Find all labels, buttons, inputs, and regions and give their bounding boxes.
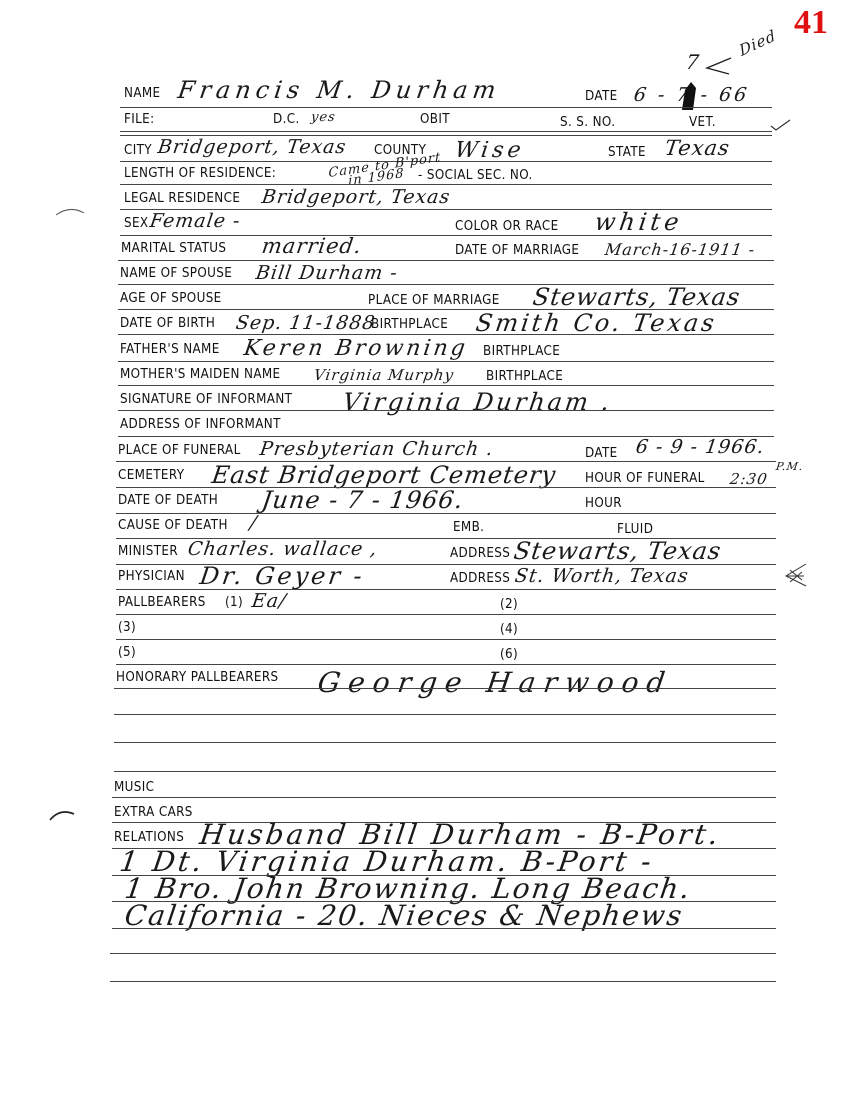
pallbearer-slot-2: (2) [500,597,518,612]
obit-label: OBIT [420,112,450,127]
sex-label: SEX [124,216,148,231]
city-label: CITY [124,143,152,158]
length-residence-label: LENGTH OF RESIDENCE: [124,166,276,181]
state-label: STATE [608,145,646,160]
pallbearers-label: PALLBEARERS [118,595,206,610]
minister-address-value: Stewarts, Texas [512,537,723,565]
rule-file [120,131,772,132]
rule-honorary-3 [114,742,776,743]
death-hour-label: HOUR [585,496,622,511]
page-number: 41 [794,4,828,42]
race-value: white [593,208,684,236]
rule-relations-6 [110,981,776,982]
margin-curve-icon [46,808,80,824]
extra-cars-label: EXTRA CARS [114,805,193,820]
margin-mark-icon [54,205,88,219]
date-of-marriage-label: DATE OF MARRIAGE [455,243,579,258]
spouse-name-value: Bill Durham - [254,262,399,284]
mother-birthplace-label: BIRTHPLACE [486,369,563,384]
marital-status-label: MARITAL STATUS [121,241,226,256]
rule-pallbearers-3 [116,664,776,665]
name-label: NAME [124,86,160,101]
birthplace-label: BIRTHPLACE [371,317,448,332]
rule-name [120,107,772,108]
cause-of-death-label: CAUSE OF DEATH [118,518,228,533]
rule-mother [118,385,774,386]
minister-address-label: ADDRESS [450,546,510,561]
rule-honorary-2 [114,714,776,715]
name-value: Francis M. Durham [176,76,502,104]
spouse-age-label: AGE OF SPOUSE [120,291,222,306]
rule-informant [118,410,774,411]
funeral-hour-suffix: P.M. [775,460,804,473]
informant-address-label: ADDRESS OF INFORMANT [120,417,281,432]
funeral-date-value: 6 - 9 - 1966. [634,436,766,458]
birthplace-value: Smith Co. Texas [474,309,719,337]
cemetery-label: CEMETERY [118,468,184,483]
rule-sex [120,235,772,236]
rule-physician [116,589,776,590]
rule-relations-4 [112,928,776,929]
ssn-label: - SOCIAL SEC. NO. [418,168,533,183]
arrow-icon [703,56,733,78]
checkmark-icon [770,118,792,132]
rule-honorary-4 [114,771,776,772]
state-value: Texas [663,136,731,160]
rule-pallbearers-1 [116,614,776,615]
honorary-pallbearers-value: George Harwood [316,666,675,699]
music-label: MUSIC [114,780,154,795]
informant-signature-value: Virginia Durham . [341,388,614,416]
pallbearer-slot-6: (6) [500,647,518,662]
funeral-place-label: PLACE OF FUNERAL [118,443,241,458]
date-correction: 7 [684,50,701,74]
city-value: Bridgeport, Texas [156,136,347,158]
mother-maiden-name-value: Virginia Murphy [313,366,456,384]
rule-father [118,361,774,362]
rule-length [120,184,772,185]
dob-label: DATE OF BIRTH [120,316,215,331]
pallbearer-slot-1: (1) [225,595,243,610]
minister-value: Charles. wallace , [186,538,378,560]
funeral-date-label: DATE [585,446,618,461]
emb-label: EMB. [453,520,484,535]
pallbearer-slot-4: (4) [500,622,518,637]
cause-of-death-value: / [248,512,258,534]
mother-maiden-name-label: MOTHER'S MAIDEN NAME [120,367,280,382]
funeral-hour-label: HOUR OF FUNERAL [585,471,705,486]
rule-honorary-1 [114,688,776,689]
dob-value: Sep. 11-1888 [234,312,377,334]
rule-pallbearers-2 [116,639,776,640]
physician-label: PHYSICIAN [118,569,185,584]
rule-dob [118,334,774,335]
file-label: FILE: [124,112,155,127]
rule-relations-5 [110,953,776,954]
dc-label: D.C. [273,112,300,127]
pallbearer-slot-5: (5) [118,645,136,660]
spouse-name-label: NAME OF SPOUSE [120,266,232,281]
rule-music [112,797,776,798]
date-of-death-label: DATE OF DEATH [118,493,218,508]
date-of-marriage-value: March-16-1911 - [604,240,757,259]
funeral-hour-value: 2:30 [729,470,769,488]
date-of-death-value: June - 7 - 1966. [260,486,465,514]
rule-city [120,161,772,162]
ssno-label: S. S. NO. [560,115,615,130]
legal-residence-value: Bridgeport, Texas [260,186,451,208]
physician-value: Dr. Geyer - [198,562,367,590]
marital-status-value: married. [260,234,363,258]
place-of-marriage-label: PLACE OF MARRIAGE [368,293,500,308]
father-name-label: FATHER'S NAME [120,342,220,357]
relations-label: RELATIONS [114,830,184,845]
funeral-place-value: Presbyterian Church . [258,438,495,460]
physician-address-value: St. Worth, Texas [513,565,690,587]
minister-label: MINISTER [118,544,178,559]
county-value: Wise [453,138,526,163]
place-of-marriage-value: Stewarts, Texas [531,283,742,311]
died-annotation: Died [737,26,778,60]
date-label: DATE [585,89,618,104]
sex-value: Female - [148,210,242,232]
race-label: COLOR OR RACE [455,219,559,234]
rule-dod [116,513,776,514]
legal-residence-label: LEGAL RESIDENCE [124,191,240,206]
cemetery-value: East Bridgeport Cemetery [210,461,558,489]
physician-address-label: ADDRESS [450,571,510,586]
father-birthplace-label: BIRTHPLACE [483,344,560,359]
pallbearer-value-1: Ea/ [250,590,288,612]
vet-label: VET. [689,115,716,130]
honorary-pallbearers-label: HONORARY PALLBEARERS [116,670,278,685]
dc-value: yes [310,110,337,125]
informant-signature-label: SIGNATURE OF INFORMANT [120,392,292,407]
father-name-value: Keren Browning [242,336,469,361]
fluid-label: FLUID [617,522,653,537]
rule-marital [118,260,774,261]
pallbearer-slot-3: (3) [118,620,136,635]
margin-arrow-icon [782,560,808,590]
